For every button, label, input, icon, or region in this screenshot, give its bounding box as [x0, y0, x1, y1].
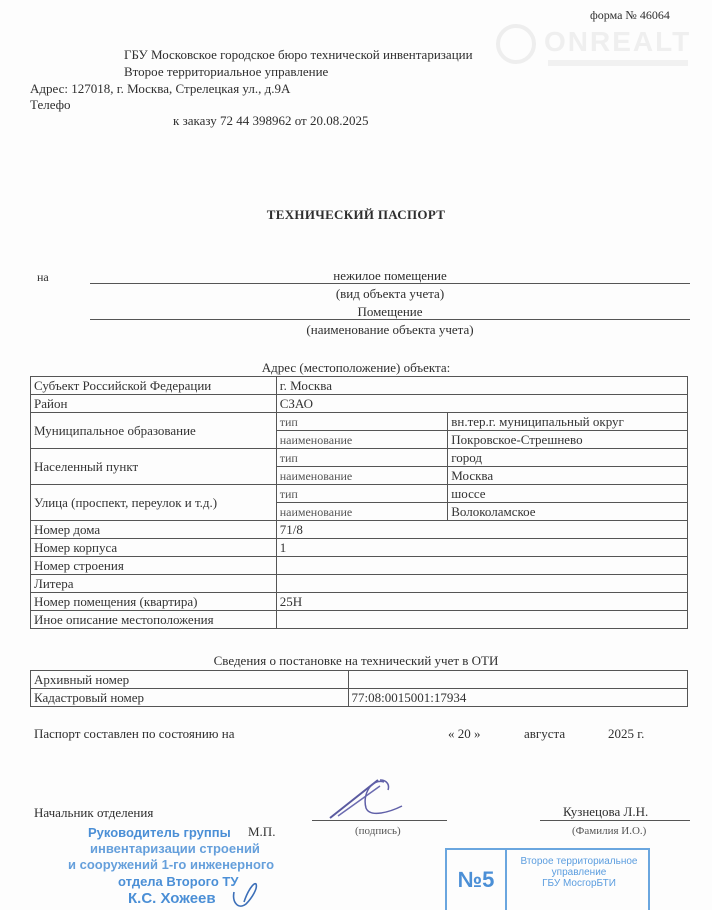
house-value: 71/8 — [276, 521, 687, 539]
department-name: Второе территориальное управление — [124, 64, 328, 80]
structure-value — [276, 557, 687, 575]
office-stamp-line-3: ГБУ МосгорБТИ — [509, 878, 649, 889]
municipality-type-label: тип — [276, 413, 448, 431]
stamp-line-5: К.С. Хожеев — [128, 890, 216, 907]
locality-type-value: город — [448, 449, 688, 467]
order-reference: к заказу 72 44 398962 от 20.08.2025 — [173, 113, 368, 129]
office-stamp-text: Второе территориальное управление ГБУ Мо… — [509, 856, 649, 889]
litera-label: Литера — [31, 575, 277, 593]
table-row: Номер помещения (квартира) 25Н — [31, 593, 688, 611]
watermark-subtitle — [548, 60, 688, 66]
signature-line — [312, 820, 447, 821]
object-type-underline — [90, 283, 690, 284]
cadastral-number-label: Кадастровый номер — [31, 689, 349, 707]
district-label: Район — [31, 395, 277, 413]
street-name-label: наименование — [276, 503, 448, 521]
object-type-value: нежилое помещение — [90, 268, 690, 284]
municipality-label: Муниципальное образование — [31, 413, 277, 449]
org-address: Адрес: 127018, г. Москва, Стрелецкая ул.… — [30, 81, 290, 97]
office-stamp: №5 Второе территориальное управление ГБУ… — [445, 848, 650, 910]
org-name: ГБУ Московское городское бюро техническо… — [124, 47, 473, 63]
address-table: Субъект Российской Федерации г. Москва Р… — [30, 376, 688, 629]
house-drop-icon — [496, 24, 536, 64]
locality-name-label: наименование — [276, 467, 448, 485]
table-row: Литера — [31, 575, 688, 593]
object-name-value: Помещение — [90, 304, 690, 320]
table-row: Муниципальное образование тип вн.тер.г. … — [31, 413, 688, 431]
other-location-label: Иное описание местоположения — [31, 611, 277, 629]
passport-date-month: августа — [524, 726, 565, 742]
watermark: ONREALT — [488, 22, 698, 82]
table-row: Населенный пункт тип город — [31, 449, 688, 467]
table-row: Номер дома 71/8 — [31, 521, 688, 539]
table-row: Субъект Российской Федерации г. Москва — [31, 377, 688, 395]
passport-date-label: Паспорт составлен по состоянию на — [34, 726, 234, 742]
signature-scribble-icon — [320, 772, 430, 822]
page-title: ТЕХНИЧЕСКИЙ ПАСПОРТ — [0, 207, 712, 223]
watermark-brand: ONREALT — [544, 26, 691, 58]
address-heading: Адрес (местоположение) объекта: — [0, 360, 712, 376]
stamp-line-3: и сооружений 1-го инженерного — [68, 857, 274, 872]
object-prefix: на — [37, 270, 49, 285]
form-number: форма № 46064 — [590, 8, 670, 23]
district-value: СЗАО — [276, 395, 687, 413]
office-stamp-line-1: Второе территориальное — [509, 856, 649, 867]
street-type-label: тип — [276, 485, 448, 503]
registration-heading: Сведения о постановке на технический уче… — [0, 653, 712, 669]
stamp-line-2: инвентаризации строений — [90, 841, 260, 856]
subject-label: Субъект Российской Федерации — [31, 377, 277, 395]
office-stamp-number: №5 — [447, 850, 507, 910]
stamp-line-4: отдела Второго ТУ — [118, 874, 238, 889]
signer-name-caption: (Фамилия И.О.) — [572, 825, 646, 837]
municipality-name-value: Покровское-Стрешнево — [448, 431, 688, 449]
table-row: Район СЗАО — [31, 395, 688, 413]
object-name-underline — [90, 319, 690, 320]
structure-label: Номер строения — [31, 557, 277, 575]
signer-position: Начальник отделения — [34, 805, 153, 821]
phone-label: Телефо — [30, 97, 71, 113]
building-label: Номер корпуса — [31, 539, 277, 557]
building-value: 1 — [276, 539, 687, 557]
office-stamp-line-2: управление — [509, 867, 649, 878]
initials-check-icon — [230, 880, 262, 910]
table-row: Номер корпуса 1 — [31, 539, 688, 557]
seal-label: М.П. — [248, 824, 275, 840]
street-name-value: Волоколамское — [448, 503, 688, 521]
street-type-value: шоссе — [448, 485, 688, 503]
passport-date-year: 2025 г. — [608, 726, 644, 742]
table-row: Иное описание местоположения — [31, 611, 688, 629]
object-type-caption: (вид объекта учета) — [90, 286, 690, 302]
table-row: Номер строения — [31, 557, 688, 575]
signer-name: Кузнецова Л.Н. — [563, 804, 648, 820]
archive-number-label: Архивный номер — [31, 671, 349, 689]
archive-number-value — [348, 671, 687, 689]
locality-name-value: Москва — [448, 467, 688, 485]
locality-label: Населенный пункт — [31, 449, 277, 485]
municipality-name-label: наименование — [276, 431, 448, 449]
table-row: Архивный номер — [31, 671, 688, 689]
litera-value — [276, 575, 687, 593]
stamp-line-1: Руководитель группы — [88, 825, 231, 840]
signature-caption: (подпись) — [355, 825, 401, 837]
signer-name-line — [540, 820, 690, 821]
locality-type-label: тип — [276, 449, 448, 467]
table-row: Кадастровый номер 77:08:0015001:17934 — [31, 689, 688, 707]
other-location-value — [276, 611, 687, 629]
registration-table: Архивный номер Кадастровый номер 77:08:0… — [30, 670, 688, 707]
room-value: 25Н — [276, 593, 687, 611]
municipality-type-value: вн.тер.г. муниципальный округ — [448, 413, 688, 431]
table-row: Улица (проспект, переулок и т.д.) тип шо… — [31, 485, 688, 503]
room-label: Номер помещения (квартира) — [31, 593, 277, 611]
cadastral-number-value: 77:08:0015001:17934 — [348, 689, 687, 707]
house-label: Номер дома — [31, 521, 277, 539]
object-name-caption: (наименование объекта учета) — [90, 322, 690, 338]
subject-value: г. Москва — [276, 377, 687, 395]
street-label: Улица (проспект, переулок и т.д.) — [31, 485, 277, 521]
passport-date-day: « 20 » — [448, 726, 481, 742]
